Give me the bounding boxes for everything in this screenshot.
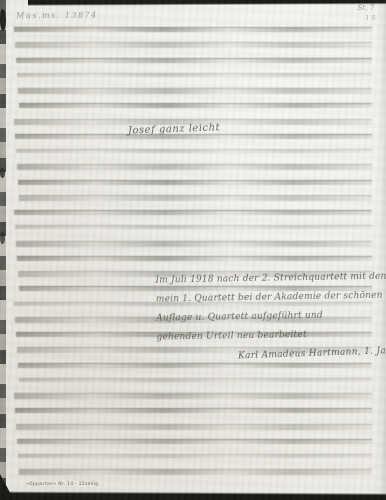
staff-band <box>18 88 372 94</box>
staff-band <box>15 225 372 229</box>
staff-band <box>19 195 372 201</box>
staff-band <box>16 149 372 153</box>
corner-mark-secondary: 1 S. <box>365 15 377 22</box>
handwritten-note: Im Juli 1918 nach der 2. Streichquartett… <box>155 268 341 347</box>
scan-corner-shadow <box>0 474 14 500</box>
staff-band <box>14 393 372 399</box>
scan-edge-bottom <box>0 491 386 500</box>
staff-band <box>16 58 372 63</box>
staff-band <box>16 241 372 247</box>
note-line: gehenden Urteil neu bearbeitet <box>156 325 341 347</box>
note-line: Auflage u. Quartett aufgeführt und <box>156 306 341 328</box>
shelfmark-annotation: Mus.ms. 13874 <box>16 11 98 21</box>
scanned-manuscript-page: Mus.ms. 13874 St. 7 1 S. Josef ganz leic… <box>0 0 386 500</box>
staff-band <box>17 256 372 261</box>
staff-band <box>15 408 372 413</box>
staff-band <box>19 469 372 475</box>
staff-band <box>15 134 372 139</box>
scan-ink-blob <box>0 168 5 178</box>
staff-band <box>17 73 372 77</box>
staff-band <box>15 42 372 48</box>
staff-band <box>18 180 372 185</box>
staff-band <box>18 454 372 458</box>
scan-ink-blob <box>0 9 6 31</box>
staff-band <box>19 103 372 108</box>
staff-band <box>14 210 372 215</box>
staff-band <box>14 27 372 32</box>
staff-band <box>16 424 372 430</box>
printer-imprint: «Oppacher» Nr. 14 · 12zeilig <box>26 482 98 487</box>
corner-mark: St. 7 <box>357 4 374 12</box>
staff-area <box>0 0 386 500</box>
staff-band <box>19 378 372 382</box>
scan-ink-blob <box>0 232 5 244</box>
staff-band <box>17 439 372 444</box>
staff-band <box>17 164 372 170</box>
scan-edge-left <box>0 0 6 500</box>
staff-band <box>18 363 372 368</box>
